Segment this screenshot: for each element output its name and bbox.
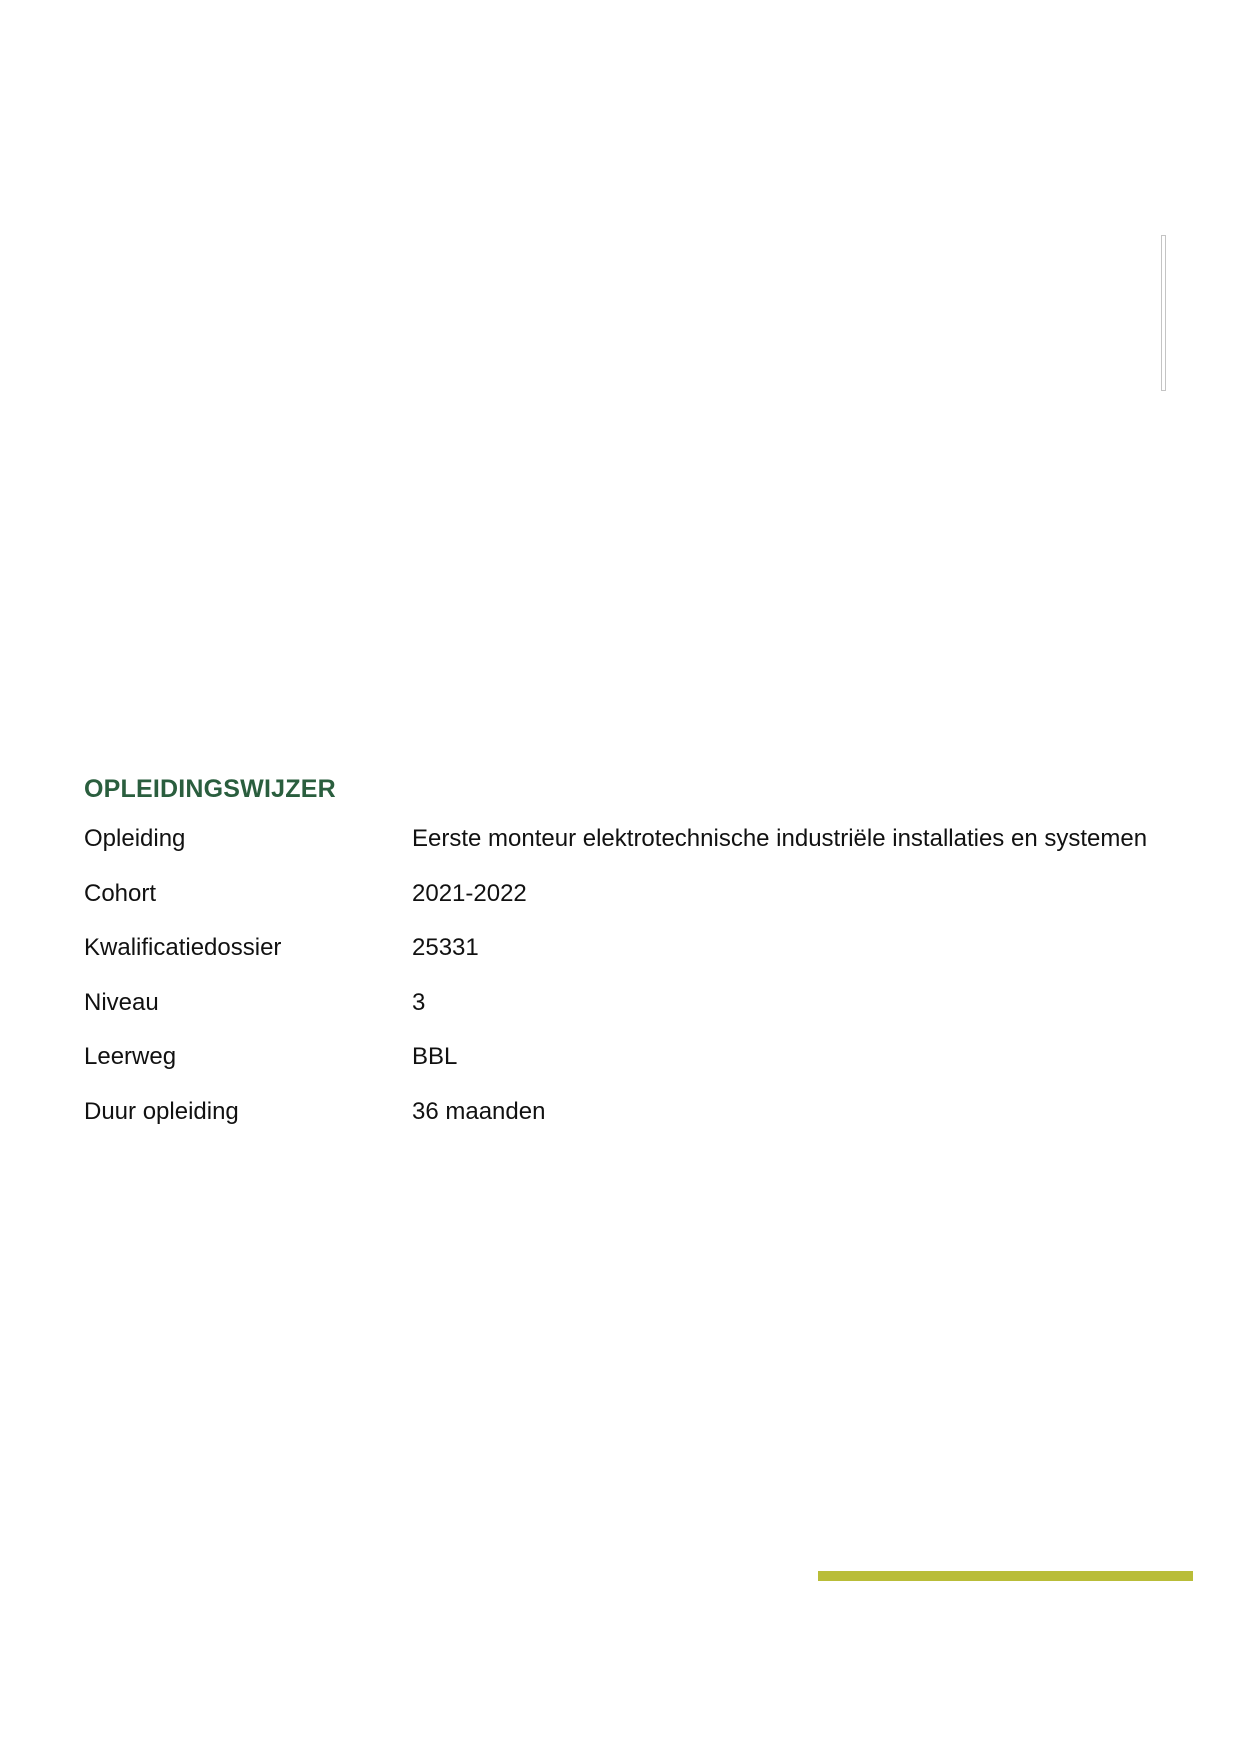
section-title: OPLEIDINGSWIJZER xyxy=(84,775,336,804)
info-label: Cohort xyxy=(84,878,412,910)
info-label: Kwalificatiedossier xyxy=(84,932,412,964)
info-row-kwalificatiedossier: Kwalificatiedossier 25331 xyxy=(84,932,1147,987)
info-label: Opleiding xyxy=(84,823,412,855)
info-label: Duur opleiding xyxy=(84,1096,412,1128)
info-row-opleiding: Opleiding Eerste monteur elektrotechnisc… xyxy=(84,823,1147,878)
info-value: 36 maanden xyxy=(412,1096,545,1128)
info-value: 3 xyxy=(412,987,425,1019)
info-row-niveau: Niveau 3 xyxy=(84,987,1147,1042)
info-value: 25331 xyxy=(412,932,479,964)
info-value: BBL xyxy=(412,1041,457,1073)
info-value: 2021-2022 xyxy=(412,878,527,910)
info-row-duur-opleiding: Duur opleiding 36 maanden xyxy=(84,1096,1147,1151)
info-value: Eerste monteur elektrotechnische industr… xyxy=(412,823,1147,855)
info-row-leerweg: Leerweg BBL xyxy=(84,1041,1147,1096)
info-label: Leerweg xyxy=(84,1041,412,1073)
side-marker-decoration xyxy=(1161,235,1166,391)
info-row-cohort: Cohort 2021-2022 xyxy=(84,878,1147,933)
info-label: Niveau xyxy=(84,987,412,1019)
info-table: Opleiding Eerste monteur elektrotechnisc… xyxy=(84,823,1147,1150)
accent-bar xyxy=(818,1571,1193,1581)
